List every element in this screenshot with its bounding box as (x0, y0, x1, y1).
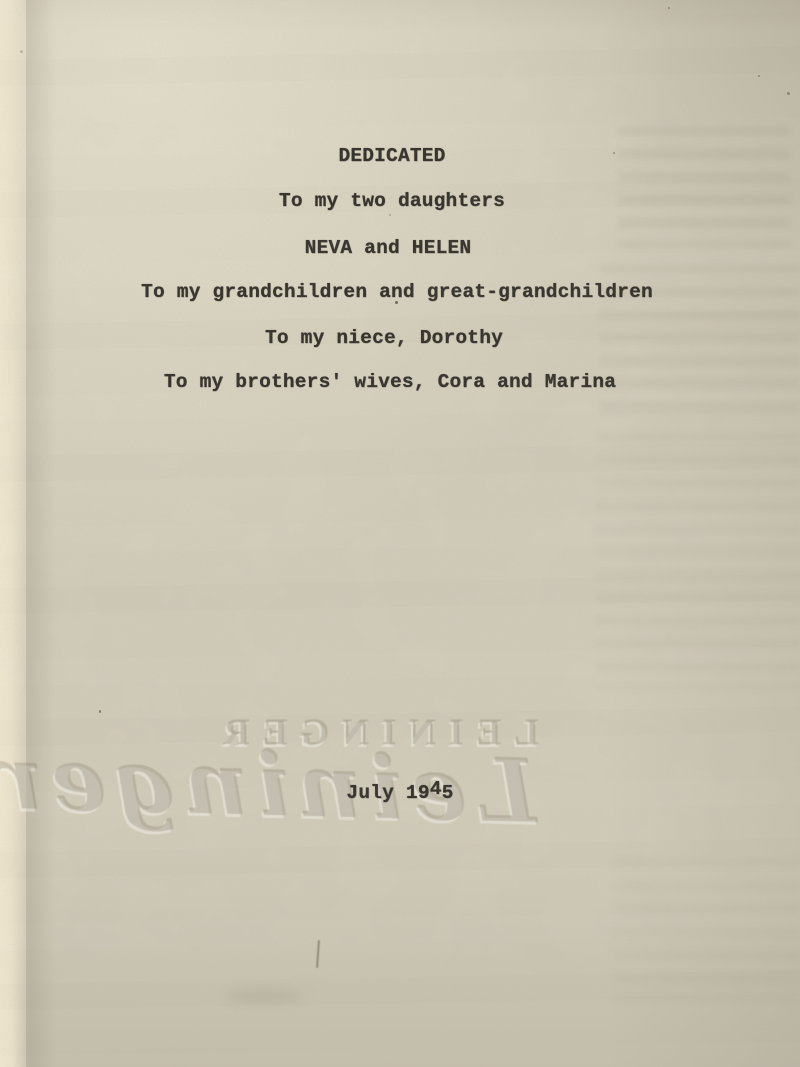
paper-speck (758, 75, 760, 77)
ink-speck (395, 301, 398, 304)
dedication-line-names: NEVA and HELEN (0, 237, 788, 259)
date-suffix: 5 (442, 782, 454, 804)
dedication-line-brothers-wives: To my brothers' wives, Cora and Marina (0, 371, 790, 393)
paper-speck (99, 710, 101, 713)
bleedthrough-text-smudge (596, 432, 800, 690)
date-prefix: July 19 (346, 782, 429, 804)
date-line: July 1945 (0, 782, 800, 804)
paper-speck (787, 92, 790, 95)
date-raised-digit: 4 (430, 778, 442, 800)
paper-speck (20, 50, 23, 53)
dedication-line-grandchildren: To my grandchildren and great-grandchild… (0, 281, 797, 303)
paper-smudge (225, 988, 303, 1004)
dedication-line-daughters: To my two daughters (0, 190, 792, 212)
paper-speck (389, 214, 391, 216)
bleedthrough-text-smudge (612, 858, 800, 1004)
dedication-line-niece: To my niece, Dorothy (0, 327, 784, 349)
paper-speck (613, 152, 615, 154)
dedication-title: DEDICATED (0, 145, 792, 167)
dedication-page-photo: LEININGER Leininger DEDICATED To my two … (0, 0, 800, 1067)
paper-speck (668, 7, 670, 9)
